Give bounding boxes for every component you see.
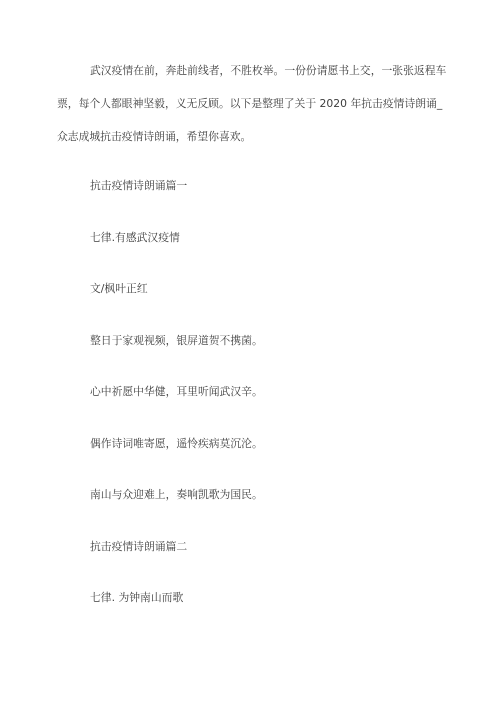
verse-line-1: 整日于家观视频，银屏道贺不携菌。 — [57, 315, 450, 367]
poem-author: 文/枫叶正红 — [57, 263, 450, 315]
verse-line-3: 偶作诗词唯寄愿，遥怜疾病莫沉沦。 — [57, 418, 450, 470]
poem-title-1: 七律.有感武汉疫情 — [57, 212, 450, 264]
verse-line-4: 南山与众迎难上，奏响凯歌为国民。 — [57, 469, 450, 521]
document-page: 武汉疫情在前，奔赴前线者，不胜枚举。一份份请愿书上交，一张张返程车 票，每个人都… — [0, 0, 500, 708]
intro-paragraph-line-3: 众志成城抗击疫情诗朗诵，希望你喜欢。 — [57, 120, 450, 153]
section-heading-2: 抗击疫情诗朗诵篇二 — [57, 521, 450, 573]
intro-paragraph-line-2: 票，每个人都眼神坚毅，义无反顾。以下是整理了关于 2020 年抗击疫情诗朗诵_ — [57, 87, 450, 120]
poem-title-2: 七律. 为钟南山而歌 — [57, 572, 450, 624]
poem-sections: 抗击疫情诗朗诵篇一 七律.有感武汉疫情 文/枫叶正红 整日于家观视频，银屏道贺不… — [57, 160, 450, 624]
section-heading-1: 抗击疫情诗朗诵篇一 — [57, 160, 450, 212]
verse-line-2: 心中祈愿中华健，耳里听闻武汉辛。 — [57, 366, 450, 418]
intro-paragraph-line-1: 武汉疫情在前，奔赴前线者，不胜枚举。一份份请愿书上交，一张张返程车 — [57, 54, 450, 87]
document-content: 武汉疫情在前，奔赴前线者，不胜枚举。一份份请愿书上交，一张张返程车 票，每个人都… — [0, 0, 500, 624]
